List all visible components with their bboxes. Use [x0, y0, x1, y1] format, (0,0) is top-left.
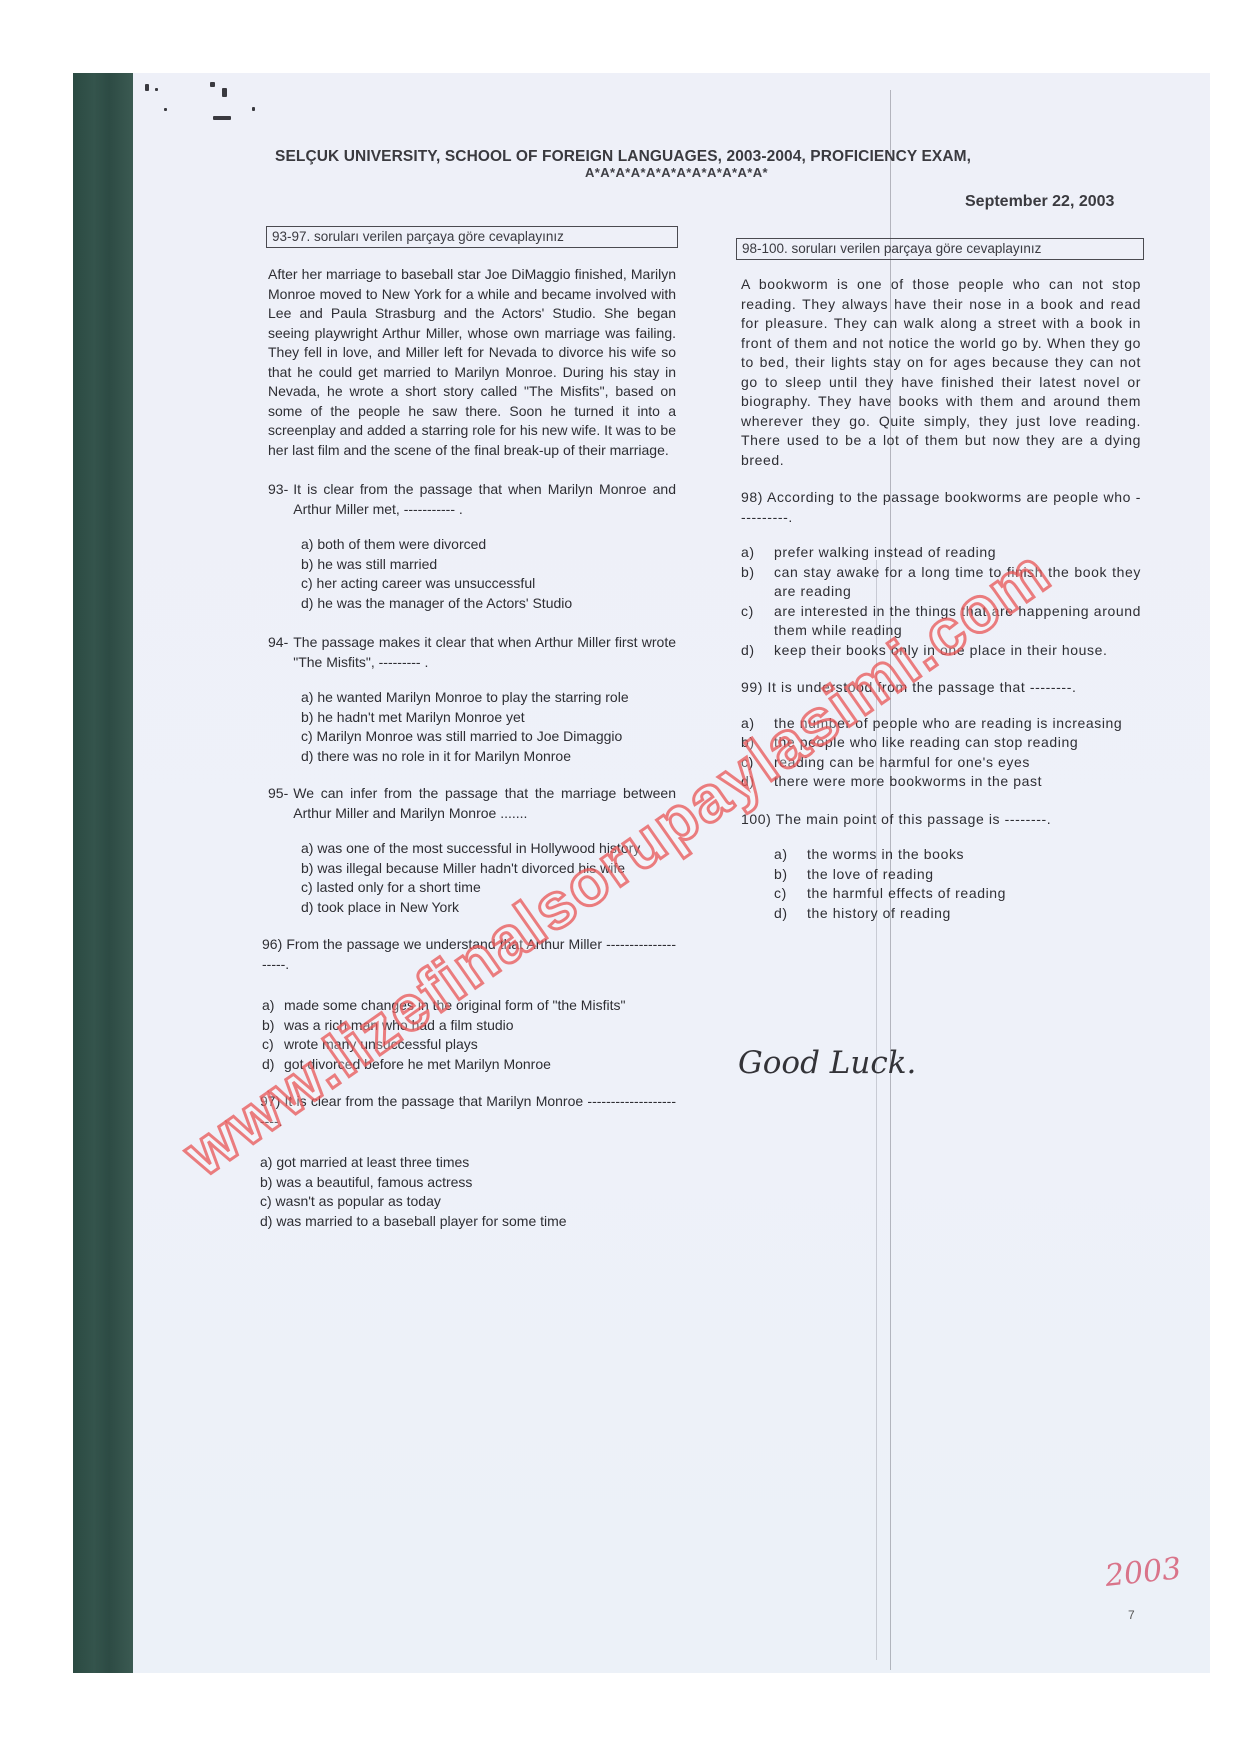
- option-d[interactable]: d)the history of reading: [774, 904, 1141, 924]
- exam-date: September 22, 2003: [965, 193, 1114, 211]
- options: a)the worms in the books b)the love of r…: [741, 845, 1141, 923]
- option-a[interactable]: a)prefer walking instead of reading: [741, 543, 1141, 563]
- option-b[interactable]: b) was a beautiful, famous actress: [260, 1173, 676, 1193]
- question-number: 96): [262, 936, 282, 952]
- question-94: 94-The passage makes it clear that when …: [268, 633, 676, 766]
- option-c[interactable]: c)the harmful effects of reading: [774, 884, 1141, 904]
- question-text: It is understood from the passage that -…: [768, 679, 1077, 695]
- options: a)prefer walking instead of reading b)ca…: [741, 543, 1141, 660]
- option-c[interactable]: c) her acting career was unsuccessful: [301, 574, 676, 594]
- instruction-box-left: 93-97. soruları verilen parçaya göre cev…: [266, 226, 678, 248]
- passage-bookworm: A bookworm is one of those people who ca…: [741, 275, 1141, 470]
- option-b[interactable]: b)the people who like reading can stop r…: [741, 733, 1141, 753]
- option-b[interactable]: b) he was still married: [301, 555, 676, 575]
- option-b[interactable]: b)was a rich man who had a film studio: [262, 1016, 676, 1036]
- option-b[interactable]: b) he hadn't met Marilyn Monroe yet: [301, 708, 676, 728]
- option-a[interactable]: a) both of them were divorced: [301, 535, 676, 555]
- question-number: 94-: [268, 633, 293, 672]
- option-b[interactable]: b) was illegal because Miller hadn't div…: [301, 859, 676, 879]
- option-d[interactable]: d)got divorced before he met Marilyn Mon…: [262, 1055, 676, 1075]
- scan-specks: [140, 80, 270, 130]
- question-98: 98) According to the passage bookworms a…: [741, 488, 1141, 660]
- question-text: The passage makes it clear that when Art…: [293, 633, 676, 672]
- option-c[interactable]: c)are interested in the things that are …: [741, 602, 1141, 641]
- booklet-code: A*A*A*A*A*A*A*A*A*A*A*A*: [585, 165, 768, 180]
- options: a) was one of the most successful in Hol…: [268, 839, 676, 917]
- question-99: 99) It is understood from the passage th…: [741, 678, 1141, 792]
- right-column: A bookworm is one of those people who ca…: [741, 275, 1141, 923]
- option-d[interactable]: d)keep their books only in one place in …: [741, 641, 1141, 661]
- binding-strip: [73, 73, 133, 1673]
- question-number: 93-: [268, 480, 293, 519]
- question-number: 95-: [268, 784, 293, 823]
- question-text: According to the passage bookworms are p…: [741, 489, 1141, 525]
- option-d[interactable]: d) was married to a baseball player for …: [260, 1212, 676, 1232]
- option-c[interactable]: c) Marilyn Monroe was still married to J…: [301, 727, 676, 747]
- option-c[interactable]: c) wasn't as popular as today: [260, 1192, 676, 1212]
- option-d[interactable]: d)there were more bookworms in the past: [741, 772, 1141, 792]
- passage-marilyn-monroe: After her marriage to baseball star Joe …: [268, 265, 676, 460]
- option-a[interactable]: a)made some changes in the original form…: [262, 996, 676, 1016]
- option-c[interactable]: c)wrote many unsuccessful plays: [262, 1035, 676, 1055]
- question-97: 97) It is clear from the passage that Ma…: [260, 1092, 676, 1231]
- options: a) both of them were divorced b) he was …: [268, 535, 676, 613]
- options: a) he wanted Marilyn Monroe to play the …: [268, 688, 676, 766]
- question-text: It is clear from the passage that when M…: [293, 480, 676, 519]
- option-d[interactable]: d) there was no role in it for Marilyn M…: [301, 747, 676, 767]
- question-number: 99): [741, 679, 763, 695]
- option-c[interactable]: c)reading can be harmful for one's eyes: [741, 753, 1141, 773]
- good-luck-closing: Good Luck.: [738, 1045, 916, 1081]
- option-d[interactable]: d) he was the manager of the Actors' Stu…: [301, 594, 676, 614]
- options: a)made some changes in the original form…: [262, 996, 676, 1074]
- option-b[interactable]: b)can stay awake for a long time to fini…: [741, 563, 1141, 602]
- option-a[interactable]: a)the worms in the books: [774, 845, 1141, 865]
- question-text: From the passage we understand that Arth…: [262, 936, 676, 972]
- question-text: It is clear from the passage that Marily…: [260, 1093, 676, 1129]
- options: a)the number of people who are reading i…: [741, 714, 1141, 792]
- page-number: 7: [1128, 1608, 1135, 1622]
- option-b[interactable]: b)the love of reading: [774, 865, 1141, 885]
- option-d[interactable]: d) took place in New York: [301, 898, 676, 918]
- option-a[interactable]: a) he wanted Marilyn Monroe to play the …: [301, 688, 676, 708]
- question-96: 96) From the passage we understand that …: [262, 935, 676, 1074]
- question-text: We can infer from the passage that the m…: [293, 784, 676, 823]
- question-95: 95-We can infer from the passage that th…: [268, 784, 676, 917]
- left-column: After her marriage to baseball star Joe …: [268, 265, 676, 1231]
- question-text: The main point of this passage is ------…: [776, 811, 1052, 827]
- options: a) got married at least three times b) w…: [260, 1153, 676, 1231]
- option-c[interactable]: c) lasted only for a short time: [301, 878, 676, 898]
- option-a[interactable]: a) got married at least three times: [260, 1153, 676, 1173]
- instruction-box-right: 98-100. soruları verilen parçaya göre ce…: [736, 238, 1144, 260]
- option-a[interactable]: a)the number of people who are reading i…: [741, 714, 1141, 734]
- question-number: 98): [741, 489, 763, 505]
- question-100: 100) The main point of this passage is -…: [741, 810, 1141, 924]
- exam-title: SELÇUK UNIVERSITY, SCHOOL OF FOREIGN LAN…: [275, 148, 1155, 166]
- option-a[interactable]: a) was one of the most successful in Hol…: [301, 839, 676, 859]
- question-number: 97): [260, 1093, 280, 1109]
- question-number: 100): [741, 811, 771, 827]
- question-93: 93-It is clear from the passage that whe…: [268, 480, 676, 613]
